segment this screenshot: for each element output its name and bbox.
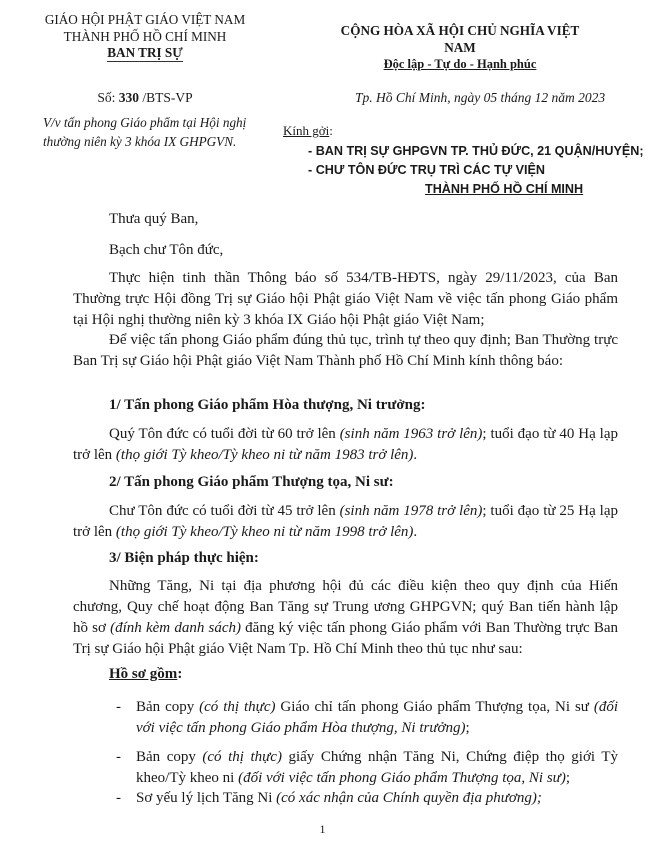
s1-text-3: .: [413, 447, 417, 463]
issuer-header: GIÁO HỘI PHẬT GIÁO VIỆT NAM THÀNH PHỐ HỒ…: [40, 12, 250, 62]
item-2-italic-2: (đối với việc tấn phong Giáo phẩm Thượng…: [238, 770, 566, 786]
doc-number-label: Số:: [97, 90, 118, 105]
section-1-heading: 1/ Tấn phong Giáo phẩm Hòa thượng, Ni tr…: [109, 397, 426, 414]
subject-line-2: thường niên kỳ 3 khóa IX GHPGVN.: [43, 132, 283, 151]
s1-italic-1: (sinh năm 1963 trở lên): [340, 426, 483, 442]
s3-italic-1: (đính kèm danh sách): [110, 620, 241, 636]
section-1-body: Quý Tôn đức có tuổi đời từ 60 trở lên (s…: [73, 424, 618, 466]
issuer-line-3: BAN TRỊ SỰ: [40, 45, 250, 62]
item-1-text-3: ;: [466, 720, 470, 736]
issuer-line-1: GIÁO HỘI PHẬT GIÁO VIỆT NAM: [40, 12, 250, 29]
doc-number-value: 330: [119, 90, 139, 105]
recipient-line-2: - CHƯ TÔN ĐỨC TRỤ TRÌ CÁC TỰ VIỆN: [308, 163, 545, 177]
item-1-text-1: Bản copy: [136, 699, 199, 715]
document-subject: V/v tấn phong Giáo phẩm tại Hội nghị thư…: [43, 113, 283, 151]
bullet-dash: -: [116, 788, 121, 809]
recipient-line-3: THÀNH PHỐ HỒ CHÍ MINH: [425, 182, 583, 196]
greeting-1: Thưa quý Ban,: [109, 211, 198, 228]
national-header: CỘNG HÒA XÃ HỘI CHỦ NGHĨA VIỆT NAM Độc l…: [325, 22, 595, 73]
document-item-3: - Sơ yếu lý lịch Tăng Ni (có xác nhận củ…: [116, 788, 618, 809]
section-3-heading: 3/ Biện pháp thực hiện:: [109, 550, 259, 567]
documents-heading: Hồ sơ gồm:: [109, 666, 182, 683]
document-item-1: - Bản copy (có thị thực) Giáo chỉ tấn ph…: [116, 697, 618, 739]
item-1-text-2: Giáo chỉ tấn phong Giáo phẩm Thượng tọa,…: [275, 699, 593, 715]
item-2-text-3: ;: [566, 770, 570, 786]
national-motto-slogan: Độc lập - Tự do - Hạnh phúc: [325, 56, 595, 73]
item-2-text-1: Bản copy: [136, 749, 202, 765]
section-3-body: Những Tăng, Ni tại địa phương hội đủ các…: [73, 576, 618, 660]
documents-heading-colon: :: [177, 666, 182, 682]
recipient-line-1: - BAN TRỊ SỰ GHPGVN TP. THỦ ĐỨC, 21 QUẬN…: [308, 144, 644, 158]
document-item-3-text: Sơ yếu lý lịch Tăng Ni (có xác nhận của …: [136, 788, 618, 809]
item-3-text-1: Sơ yếu lý lịch Tăng Ni: [136, 790, 276, 806]
s2-text-3: .: [413, 524, 417, 540]
document-item-2-text: Bản copy (có thị thực) giấy Chứng nhận T…: [136, 747, 618, 789]
issuer-department: BAN TRỊ SỰ: [107, 45, 182, 62]
s2-italic-2: (thọ giới Tỳ kheo/Tỳ kheo ni từ năm 1998…: [116, 524, 413, 540]
paragraph-1: Thực hiện tinh thần Thông báo số 534/TB-…: [73, 268, 618, 331]
s2-italic-1: (sinh năm 1978 trở lên): [340, 503, 483, 519]
item-1-italic-1: (có thị thực): [199, 699, 275, 715]
issuer-line-2: THÀNH PHỐ HỒ CHÍ MINH: [40, 29, 250, 46]
s1-text-1: Quý Tôn đức có tuổi đời từ 60 trở lên: [109, 426, 340, 442]
document-date: Tp. Hồ Chí Minh, ngày 05 tháng 12 năm 20…: [355, 90, 605, 106]
documents-heading-text: Hồ sơ gồm: [109, 666, 177, 682]
item-2-italic-1: (có thị thực): [202, 749, 282, 765]
recipients-label-text: Kính gởi: [283, 123, 329, 138]
item-3-italic-1: (có xác nhận của Chính quyền địa phương)…: [276, 790, 542, 806]
bullet-dash: -: [116, 747, 121, 768]
s1-italic-2: (thọ giới Tỳ kheo/Tỳ kheo ni từ năm 1983…: [116, 447, 413, 463]
document-number: Số: 330 /BTS-VP: [40, 90, 250, 106]
s2-text-1: Chư Tôn đức có tuổi đời từ 45 trở lên: [109, 503, 340, 519]
national-motto-title: CỘNG HÒA XÃ HỘI CHỦ NGHĨA VIỆT NAM: [325, 22, 595, 56]
subject-line-1: V/v tấn phong Giáo phẩm tại Hội nghị: [43, 113, 283, 132]
paragraph-2: Để việc tấn phong Giáo phẩm đúng thủ tục…: [73, 330, 618, 372]
page-number: 1: [0, 822, 645, 837]
document-item-2: - Bản copy (có thị thực) giấy Chứng nhận…: [116, 747, 618, 789]
recipients-label: Kính gởi:: [283, 123, 333, 139]
greeting-2: Bạch chư Tôn đức,: [109, 242, 223, 259]
document-item-1-text: Bản copy (có thị thực) Giáo chỉ tấn phon…: [136, 697, 618, 739]
section-2-heading: 2/ Tấn phong Giáo phẩm Thượng tọa, Ni sư…: [109, 474, 394, 491]
bullet-dash: -: [116, 697, 121, 718]
section-2-body: Chư Tôn đức có tuổi đời từ 45 trở lên (s…: [73, 501, 618, 543]
doc-number-suffix: /BTS-VP: [139, 90, 193, 105]
recipients-label-colon: :: [329, 123, 333, 138]
